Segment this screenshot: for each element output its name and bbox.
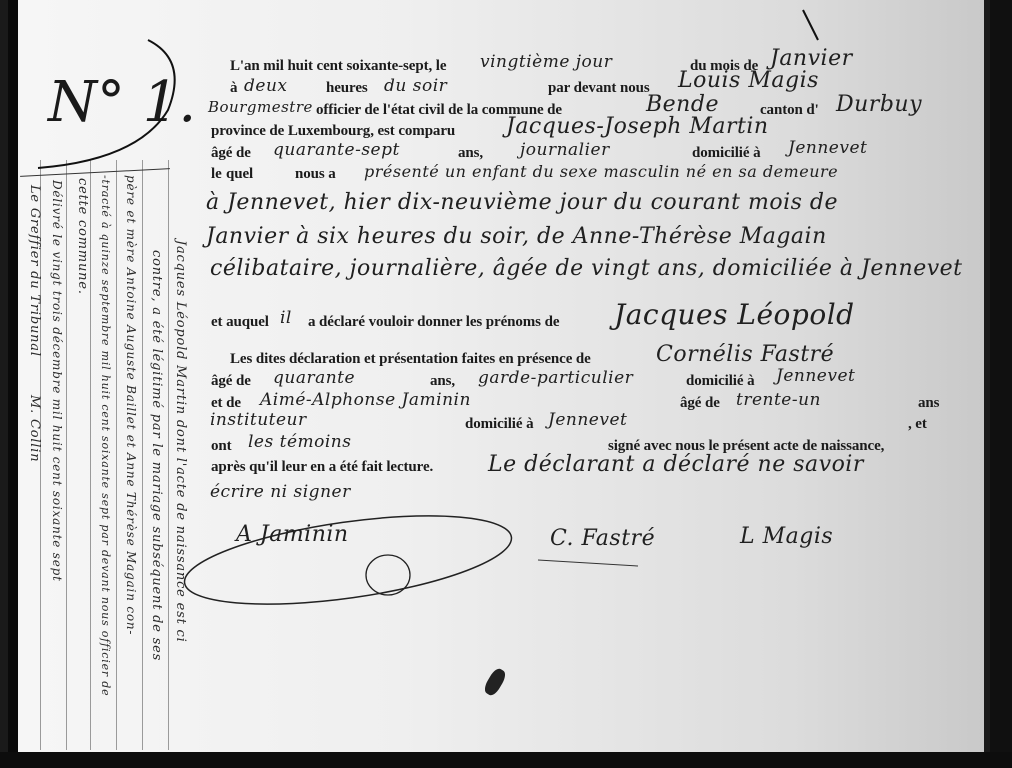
register-page: N° 1. Jacques Léopold Martin dont l'acte… <box>18 0 984 752</box>
scan-right-border <box>990 0 1012 768</box>
signature-flourish-icon <box>18 0 984 752</box>
scan-bottom-border <box>0 752 1012 768</box>
